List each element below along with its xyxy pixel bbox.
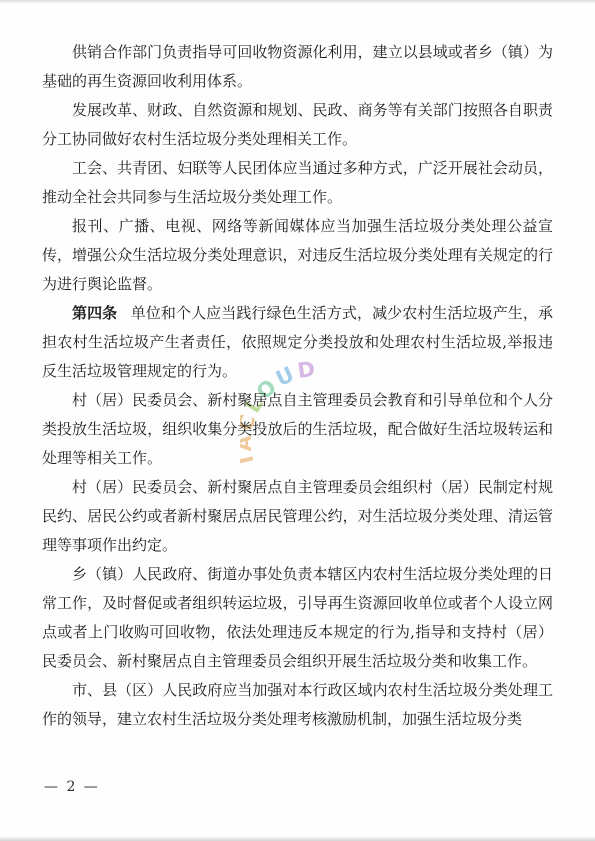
paragraph-text: 市、县（区）人民政府应当加强对本行政区域内农村生活垃圾分类处理工作的领导，建立农… <box>42 681 553 728</box>
paragraph-text: 报刊、广播、电视、网络等新闻媒体应当加强生活垃圾分类处理公益宣传，增强公众生活垃… <box>42 217 553 293</box>
paragraph-text: 村（居）民委员会、新村聚居点自主管理委员会教育和引导单位和个人分类投放生活垃圾，… <box>42 391 553 467</box>
page-number: — 2 — <box>44 779 100 795</box>
paragraph-text: 单位和个人应当践行绿色生活方式，减少农村生活垃圾产生，承担农村生活垃圾产生者责任… <box>42 304 553 380</box>
paragraph: 报刊、广播、电视、网络等新闻媒体应当加强生活垃圾分类处理公益宣传，增强公众生活垃… <box>42 212 553 299</box>
article-number: 第四条 <box>72 304 117 322</box>
paragraph: 工会、共青团、妇联等人民团体应当通过多种方式，广泛开展社会动员，推动全社会共同参… <box>42 154 553 212</box>
paragraph: 村（居）民委员会、新村聚居点自主管理委员会组织村（居）民制定村规民约、居民公约或… <box>42 473 553 560</box>
paragraph: 乡（镇）人民政府、街道办事处负责本辖区内农村生活垃圾分类处理的日常工作，及时督促… <box>42 560 553 676</box>
scan-artifact-bottom <box>0 836 595 841</box>
document-body: 供销合作部门负责指导可回收物资源化利用，建立以县域或者乡（镇）为基础的再生资源回… <box>42 38 553 734</box>
paragraph: 市、县（区）人民政府应当加强对本行政区域内农村生活垃圾分类处理工作的领导，建立农… <box>42 676 553 734</box>
paragraph-text: 发展改革、财政、自然资源和规划、民政、商务等有关部门按照各自职责分工协同做好农村… <box>42 101 553 148</box>
paragraph: 村（居）民委员会、新村聚居点自主管理委员会教育和引导单位和个人分类投放生活垃圾，… <box>42 386 553 473</box>
paragraph-text: 工会、共青团、妇联等人民团体应当通过多种方式，广泛开展社会动员，推动全社会共同参… <box>42 159 553 206</box>
paragraph: 发展改革、财政、自然资源和规划、民政、商务等有关部门按照各自职责分工协同做好农村… <box>42 96 553 154</box>
paragraph: 第四条单位和个人应当践行绿色生活方式，减少农村生活垃圾产生，承担农村生活垃圾产生… <box>42 299 553 386</box>
scan-artifact-top <box>0 0 595 4</box>
paragraph-text: 乡（镇）人民政府、街道办事处负责本辖区内农村生活垃圾分类处理的日常工作，及时督促… <box>42 565 553 670</box>
paragraph-text: 供销合作部门负责指导可回收物资源化利用，建立以县域或者乡（镇）为基础的再生资源回… <box>42 43 553 90</box>
document-page: IACLOUD 供销合作部门负责指导可回收物资源化利用，建立以县域或者乡（镇）为… <box>0 0 595 841</box>
paragraph: 供销合作部门负责指导可回收物资源化利用，建立以县域或者乡（镇）为基础的再生资源回… <box>42 38 553 96</box>
paragraph-text: 村（居）民委员会、新村聚居点自主管理委员会组织村（居）民制定村规民约、居民公约或… <box>42 478 553 554</box>
